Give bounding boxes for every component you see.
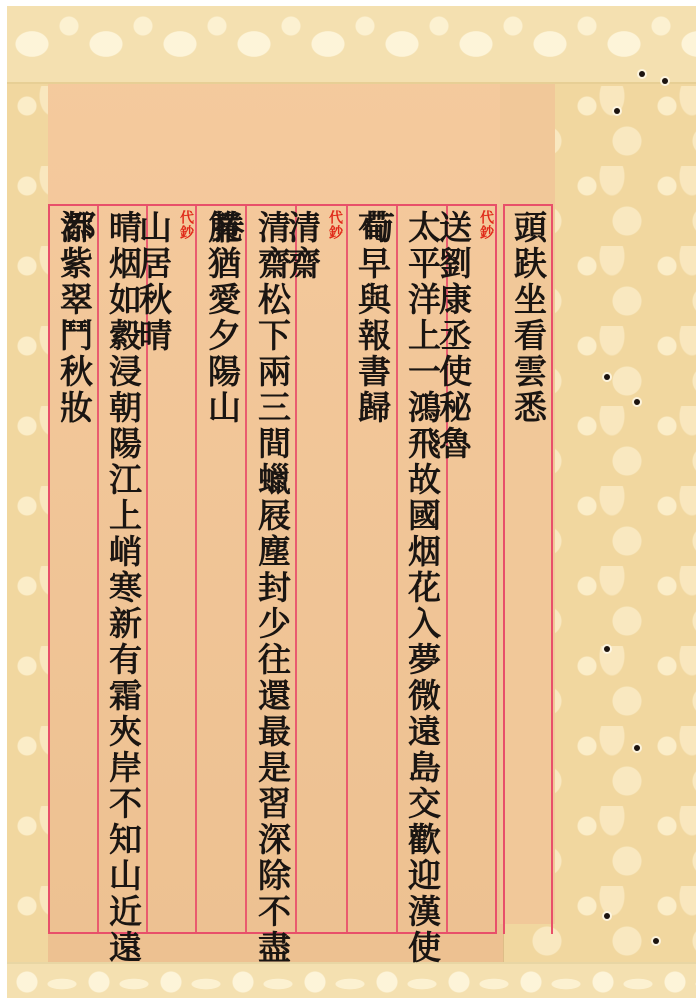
red-stamp-daichao: 代鈔 [476,210,496,456]
poem-text: 荀早與報書歸 [353,210,392,426]
wormhole [634,745,640,751]
column-header: 頭趺坐看雲悉 [505,210,551,426]
wormhole [634,399,640,405]
wormhole [653,938,659,944]
wormhole [614,108,620,114]
column-poem-2-line-1: 清齋松下兩三間蠟屐塵封少往還最是習深除不盡捲 [249,210,295,1000]
column-poem-title-1: 代鈔 送劉康丞使秘魯 [450,210,496,462]
column-rule [295,204,297,934]
wormhole [604,913,610,919]
column-rule [346,204,348,934]
wormhole [604,374,610,380]
column-rule [97,204,99,934]
column-poem-title-2: 代鈔 清齋 [299,210,345,282]
wormhole [662,78,668,84]
column-rule [396,204,398,934]
column-poem-2-line-2: 簾猶愛夕陽山 [199,210,245,426]
column-rule [245,204,247,934]
poem-text: 簾猶愛夕陽山 [203,210,242,426]
column-poem-3-line-2: 添紫翠鬥秋妝 [51,210,97,426]
poem-text: 添紫翠鬥秋妝 [55,210,94,426]
red-stamp-daichao: 代鈔 [176,210,196,348]
column-poem-title-3: 代鈔 山居秋晴 [150,210,196,354]
column-poem-1-line-2: 荀早與報書歸 [349,210,395,426]
wormhole [604,646,610,652]
wormhole [639,71,645,77]
column-poem-1-line-1: 太平洋上一鴻飛故國烟花入夢微遠島交歡迎漢使荀 [399,210,445,1000]
column-poem-3-line-1: 晴烟如縠浸朝陽江上峭寒新有霜夾岸不知山近遠都 [100,210,146,1000]
red-stamp-daichao: 代鈔 [325,210,345,276]
column-text: 頭趺坐看雲悉 [509,210,548,426]
brocade-top-border [7,6,696,84]
